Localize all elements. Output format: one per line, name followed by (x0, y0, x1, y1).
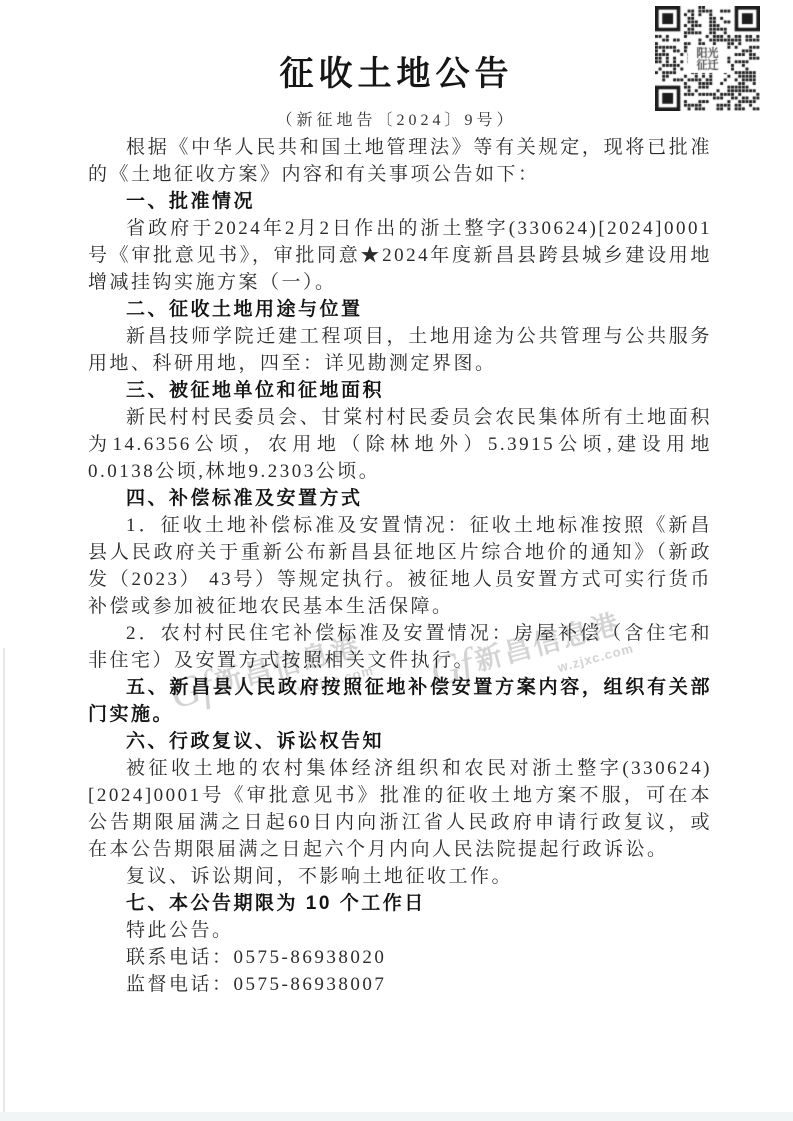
body-paragraph: 新昌技师学院迁建工程项目，土地用途为公共管理与公共服务用地、科研用地，四至：详见… (88, 323, 712, 377)
announcement-page: 征收土地公告 （新征地告〔2024〕9号） 根据《中华人民共和国土地管理法》等有… (0, 0, 793, 1121)
body-paragraph: 1．征收土地补偿标准及安置情况：征收土地标准按照《新昌县人民政府关于重新公布新昌… (88, 512, 712, 620)
body-paragraph: 被征收土地的农村集体经济组织和农民对浙土整字(330624)[2024]0001… (88, 755, 712, 863)
body-paragraph: 复议、诉讼期间，不影响土地征收工作。 (88, 863, 712, 890)
document-body: 根据《中华人民共和国土地管理法》等有关规定，现将已批准的《土地征收方案》内容和有… (88, 134, 712, 998)
section-heading: 三、被征地单位和征地面积 (88, 377, 712, 404)
body-paragraph: 特此公告。 (88, 917, 712, 944)
body-paragraph: 新民村村民委员会、甘棠村村民委员会农民集体所有土地面积为14.6356公顷，农用… (88, 404, 712, 485)
section-heading: 一、批准情况 (88, 188, 712, 215)
scan-edge-line (3, 648, 5, 1121)
section-heading: 五、新昌县人民政府按照征地补偿安置方案内容，组织有关部门实施。 (88, 674, 712, 728)
qr-code (655, 6, 760, 111)
section-heading: 二、征收土地用途与位置 (88, 296, 712, 323)
body-paragraph: 2．农村村民住宅补偿标准及安置情况：房屋补偿（含住宅和非住宅）及安置方式按照相关… (88, 620, 712, 674)
section-heading: 四、补偿标准及安置方式 (88, 485, 712, 512)
scan-edge-shadow (0, 1112, 793, 1121)
body-paragraph: 根据《中华人民共和国土地管理法》等有关规定，现将已批准的《土地征收方案》内容和有… (88, 134, 712, 188)
section-heading: 七、本公告期限为 10 个工作日 (88, 890, 712, 917)
body-paragraph: 联系电话：0575-86938020 (88, 944, 712, 971)
body-paragraph: 监督电话：0575-86938007 (88, 971, 712, 998)
section-heading: 六、行政复议、诉讼权告知 (88, 728, 712, 755)
body-paragraph: 省政府于2024年2月2日作出的浙土整字(330624)[2024]0001号《… (88, 215, 712, 296)
